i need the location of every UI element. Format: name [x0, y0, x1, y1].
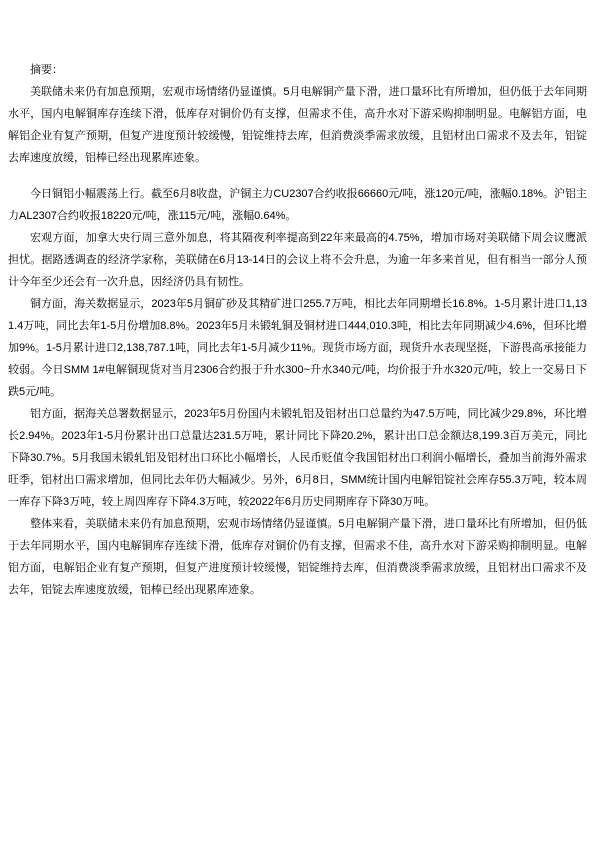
macro-paragraph: 宏观方面，加拿大央行周三意外加息，将其隔夜利率提高到22年来最高的4.75%，增… — [8, 227, 587, 293]
summary-heading: 摘要： — [8, 59, 587, 81]
report-content: 摘要： 美联储未来仍有加息预期，宏观市场情绪仍显谨慎。5月电解铜产量下滑，进口量… — [8, 59, 587, 601]
summary-paragraph: 美联储未来仍有加息预期，宏观市场情绪仍显谨慎。5月电解铜产量下滑，进口量环比有所… — [8, 81, 587, 169]
report-page: 摘要： 美联储未来仍有加息预期，宏观市场情绪仍显谨慎。5月电解铜产量下滑，进口量… — [0, 0, 595, 842]
market-recap-paragraph: 今日铜铝小幅震荡上行。截至6月8收盘，沪铜主力CU2307合约收报66660元/… — [8, 183, 587, 227]
overall-paragraph: 整体来看，美联储未来仍有加息预期，宏观市场情绪仍显谨慎。5月电解铜产量下滑，进口… — [8, 513, 587, 601]
copper-paragraph: 铜方面，海关数据显示，2023年5月铜矿砂及其精矿进口255.7万吨，相比去年同… — [8, 293, 587, 403]
aluminum-paragraph: 铝方面，据海关总署数据显示，2023年5月份国内未锻轧铝及铝材出口总量约为47.… — [8, 403, 587, 513]
